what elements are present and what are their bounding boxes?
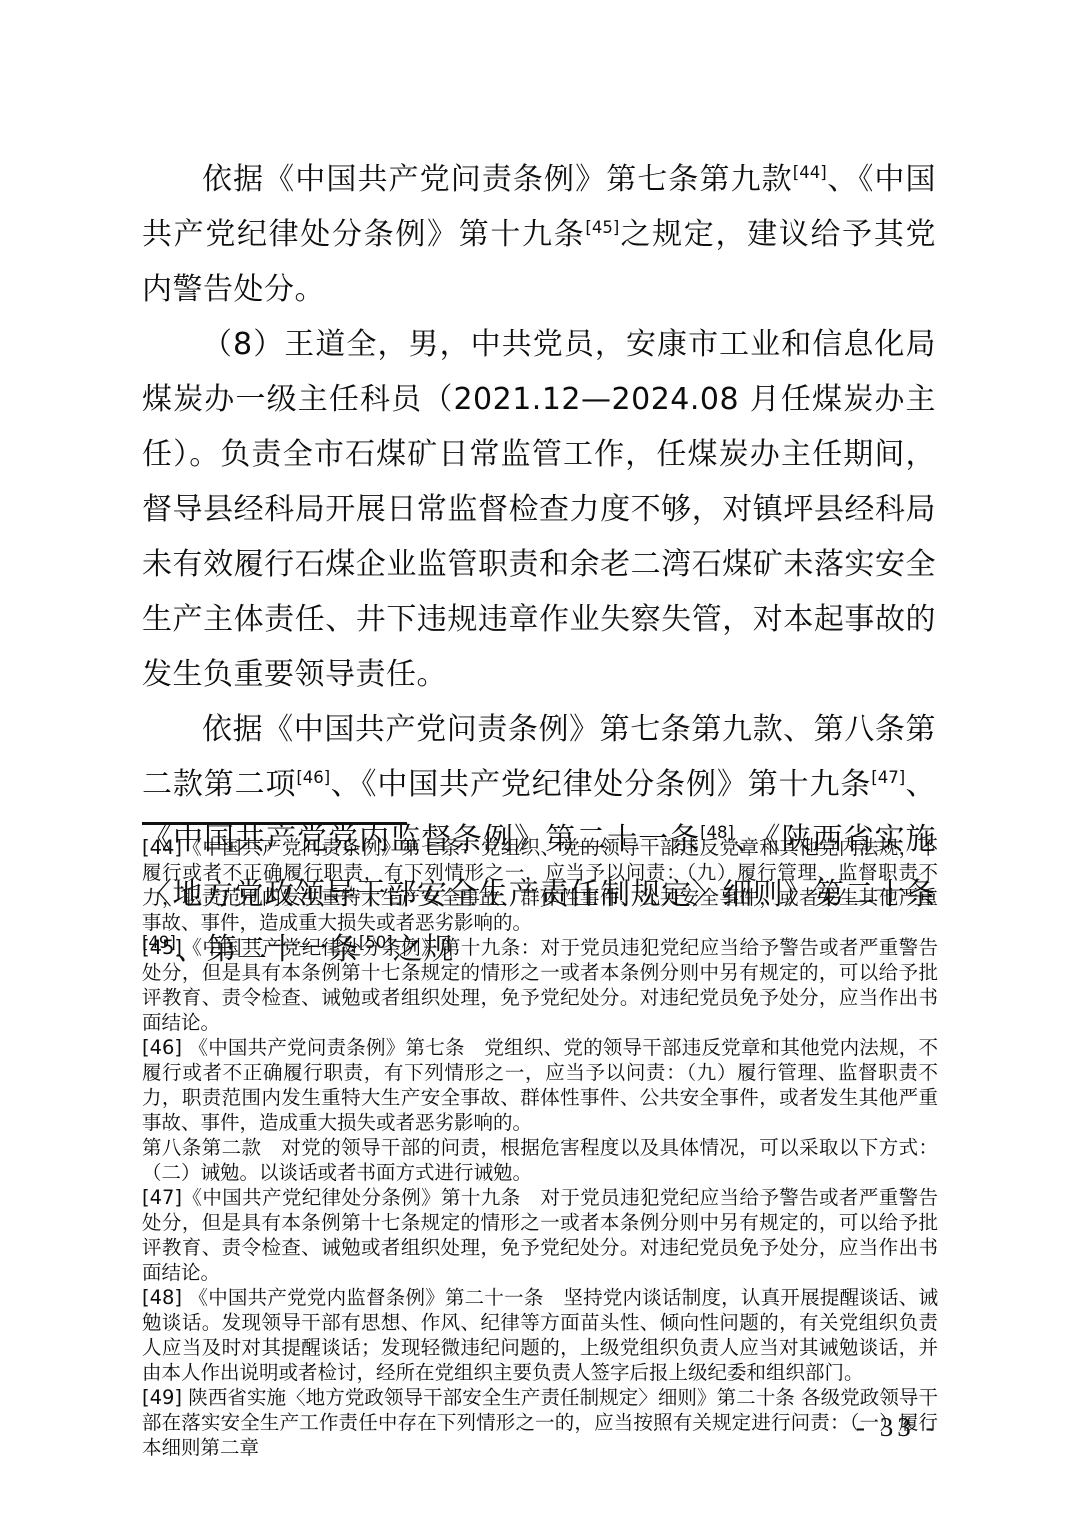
footnote: [45]《中国共产党纪律处分条例》第十九条：对于党员违犯党纪应当给予警告或者严重… — [142, 935, 938, 1035]
footnote: [47]《中国共产党纪律处分条例》第十九条 对于党员违犯党纪应当给予警告或者严重… — [142, 1185, 938, 1285]
footnote: [44]《中国共产党问责条例》第七条：党组织、党的领导干部违反党章和其他党内法规… — [142, 835, 938, 935]
text-segment: 、《中国共产党纪律处分条例》第十九条 — [330, 767, 871, 802]
body-paragraph: （8）王道全，男，中共党员，安康市工业和信息化局煤炭办一级主任科员（2021.1… — [142, 317, 936, 702]
page-number: - 33 - — [856, 1412, 938, 1443]
footnote-ref: [47] — [871, 768, 905, 787]
text-segment: 依据《中国共产党问责条例》第七条第九款 — [202, 162, 793, 197]
footnote-separator — [142, 822, 407, 825]
footnote: [46] 《中国共产党问责条例》第七条 党组织、党的领导干部违反党章和其他党内法… — [142, 1035, 938, 1135]
footnote-ref: [46] — [296, 768, 330, 787]
footnote: [48] 《中国共产党党内监督条例》第二十一条 坚持党内谈话制度，认真开展提醒谈… — [142, 1285, 938, 1385]
footnote-ref: [44] — [793, 163, 827, 182]
text-segment: （8）王道全，男，中共党员，安康市工业和信息化局煤炭办一级主任科员（2021.1… — [142, 327, 936, 692]
footnotes-list: [44]《中国共产党问责条例》第七条：党组织、党的领导干部违反党章和其他党内法规… — [142, 835, 938, 1460]
body-paragraph: 依据《中国共产党问责条例》第七条第九款[44]、《中国共产党纪律处分条例》第十九… — [142, 152, 936, 317]
footnote: 第八条第二款 对党的领导干部的问责，根据危害程度以及具体情况，可以采取以下方式：… — [142, 1135, 938, 1185]
footnote: [49] 陕西省实施〈地方党政领导干部安全生产责任制规定〉细则》第二十条 各级党… — [142, 1385, 938, 1460]
footnote-ref: [45] — [585, 218, 619, 237]
document-page: 依据《中国共产党问责条例》第七条第九款[44]、《中国共产党纪律处分条例》第十九… — [0, 0, 1074, 1518]
